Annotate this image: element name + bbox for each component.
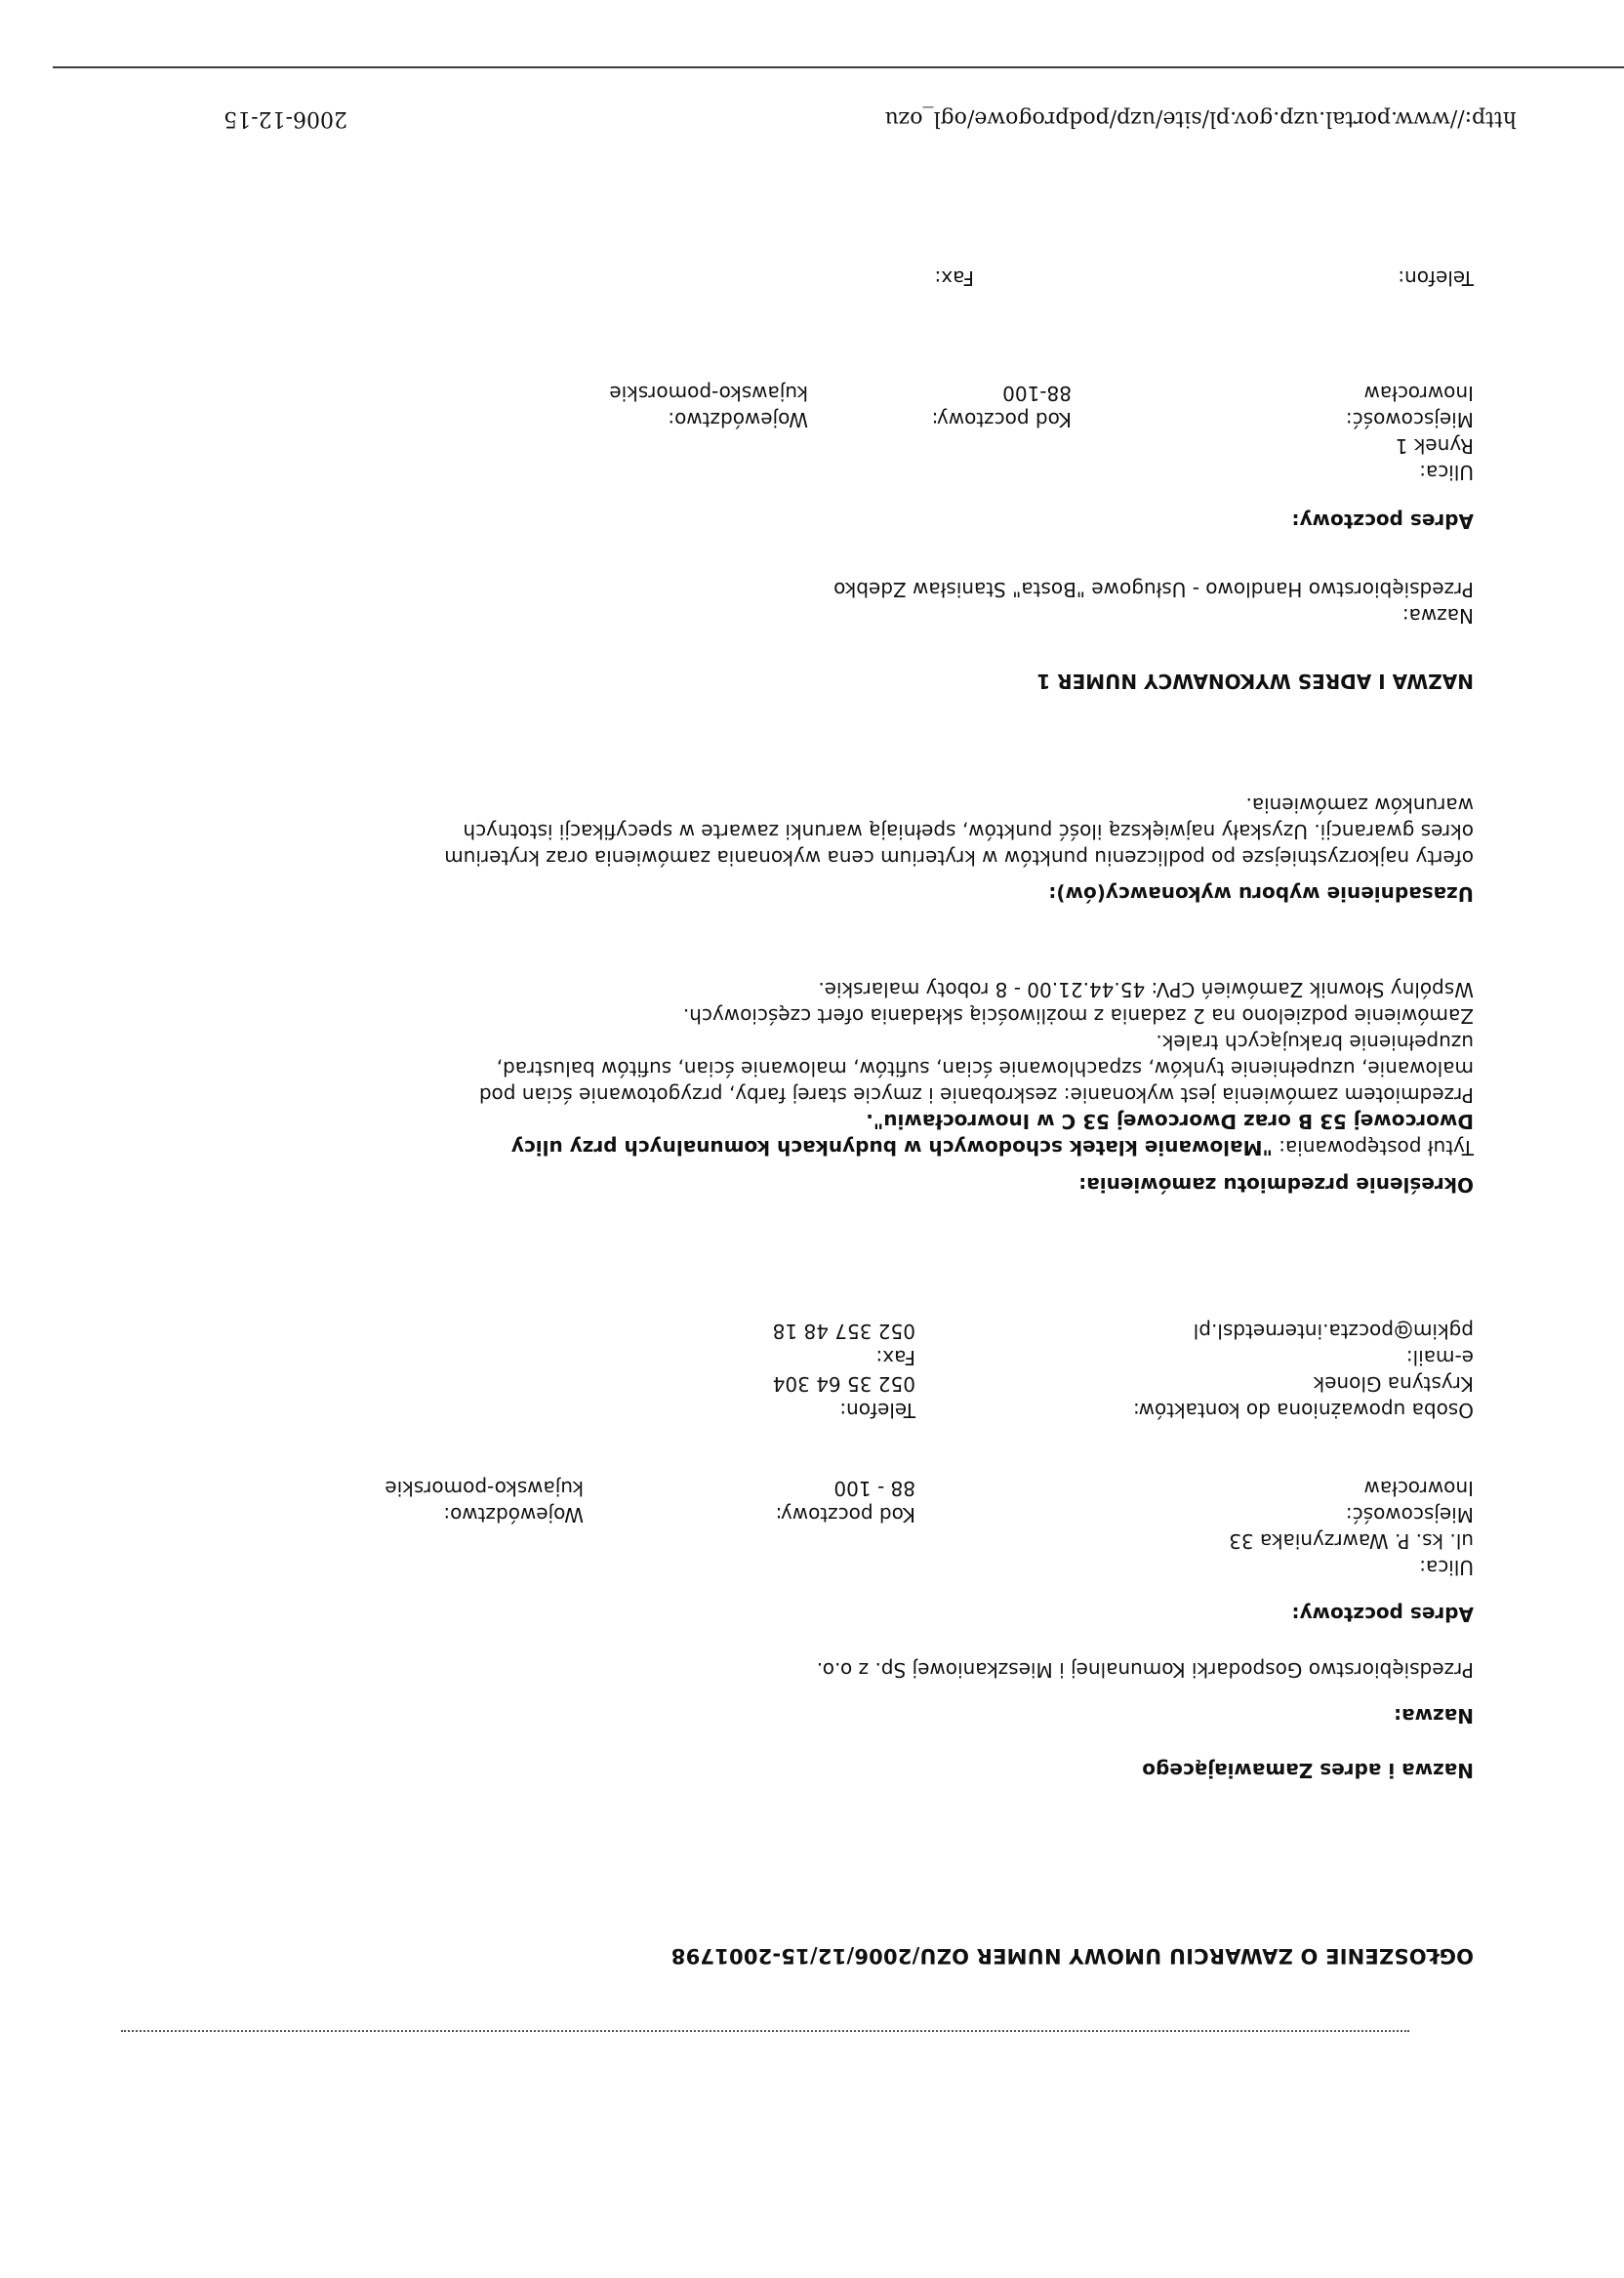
contractor-postal-label: Kod pocztowy: [932,406,1072,432]
ca-voivodeship-label: Województwo: [443,1501,584,1527]
ca-postal: 88 - 100 [833,1475,915,1501]
ca-city: Inowrocław [1364,1475,1474,1501]
justification-line-3: warunków zamówienia. [1245,792,1474,818]
subject-title-prefix: Tytuł postępowania: [1273,1136,1474,1159]
subject-heading: Określenie przedmiotu zamówienia: [1078,1173,1474,1197]
contractor-street: Rynek 1 [1396,432,1474,459]
ca-fax: 052 357 48 18 [773,1318,915,1344]
contractor-phone-label: Telefon: [1398,264,1474,291]
contractor-street-label: Ulica: [1419,459,1474,485]
ca-contact-label: Osoba upoważniona do kontaktów: [1133,1397,1474,1423]
footer-date: 2006-12-15 [223,106,347,131]
contractor-name: Przedsiębiorstwo Handlowo - Usługowe "Bo… [833,576,1474,602]
ca-phone-label: Telefon: [839,1397,915,1423]
ca-email: pgkim@poczta.internetdsl.pl [1194,1318,1474,1344]
ca-street-label: Ulica: [1419,1554,1474,1580]
ca-address-heading: Adres pocztowy: [1292,1603,1474,1626]
contractor-fax-label: Fax: [935,264,975,291]
scanned-page: OGŁOSZENIE O ZAWARCIU UMOWY NUMER OZU/20… [0,0,1624,2278]
bottom-rule [53,66,1624,68]
ca-contact: Krystyna Glonek [1314,1370,1474,1397]
subject-desc-1: Przedmiotem zamówienia jest wykonanie: z… [479,1081,1474,1108]
ca-name: Przedsiębiorstwo Gospodarki Komunalnej i… [817,1656,1474,1683]
ca-postal-label: Kod pocztowy: [776,1501,915,1527]
top-dotted-rule [121,2030,1409,2032]
subject-title-text: "Malowanie klatek schodowych w budynkach… [511,1136,1273,1159]
footer-url: http://www.portal.uzp.gov.pl/site/uzp/po… [885,106,1517,131]
contractor-heading: NAZWA I ADRES WYKONAWCY NUMER 1 [1036,670,1474,693]
ca-email-label: e-mail: [1406,1344,1474,1370]
justification-line-1: oferty najkorzystniejsze po podliczeniu … [444,844,1474,871]
contractor-name-label: Nazwa: [1402,602,1474,629]
ca-city-label: Miejscowość: [1346,1501,1474,1527]
contractor-city: Inowrocław [1364,380,1474,406]
justification-heading: Uzasadnienie wyboru wykonawcy(ów): [1048,882,1474,906]
ca-fax-label: Fax: [876,1344,916,1370]
contractor-voivodeship-label: Województwo: [668,406,808,432]
document-title: OGŁOSZENIE O ZAWARCIU UMOWY NUMER OZU/20… [671,1944,1474,1968]
contractor-postal: 88-100 [1002,380,1072,406]
ca-voivodeship: kujawsko-pomorskie [385,1475,584,1501]
contractor-address-heading: Adres pocztowy: [1292,509,1474,533]
subject-title-line2: Dworcowej 53 B oraz Dworcowej 53 C w Ino… [866,1108,1474,1134]
contracting-authority-heading: Nazwa i adres Zamawiającego [1142,1759,1474,1782]
ca-name-label: Nazwa: [1394,1704,1474,1728]
subject-title-line1: Tytuł postępowania: "Malowanie klatek sc… [511,1134,1474,1160]
subject-desc-3: uzupełnienie brakujących tralek. [1156,1029,1474,1055]
ca-street: ul. ks. P. Wawrzyniaka 33 [1229,1527,1474,1554]
subject-desc-4: Zamówienie podzielono na 2 zadania z moż… [683,1002,1474,1029]
contractor-voivodeship: kujawsko-pomorskie [609,380,808,406]
contractor-city-label: Miejscowość: [1346,406,1474,432]
subject-desc-5: Wspólny Słownik Zamówień CPV: 45.44.21.0… [818,976,1474,1002]
justification-line-2: okres gwarancji. Uzyskały największą ilo… [463,818,1474,844]
subject-desc-2: malowanie, uzupełnienie tynków, szpachlo… [497,1055,1474,1081]
ca-phone: 052 35 64 304 [773,1370,915,1397]
